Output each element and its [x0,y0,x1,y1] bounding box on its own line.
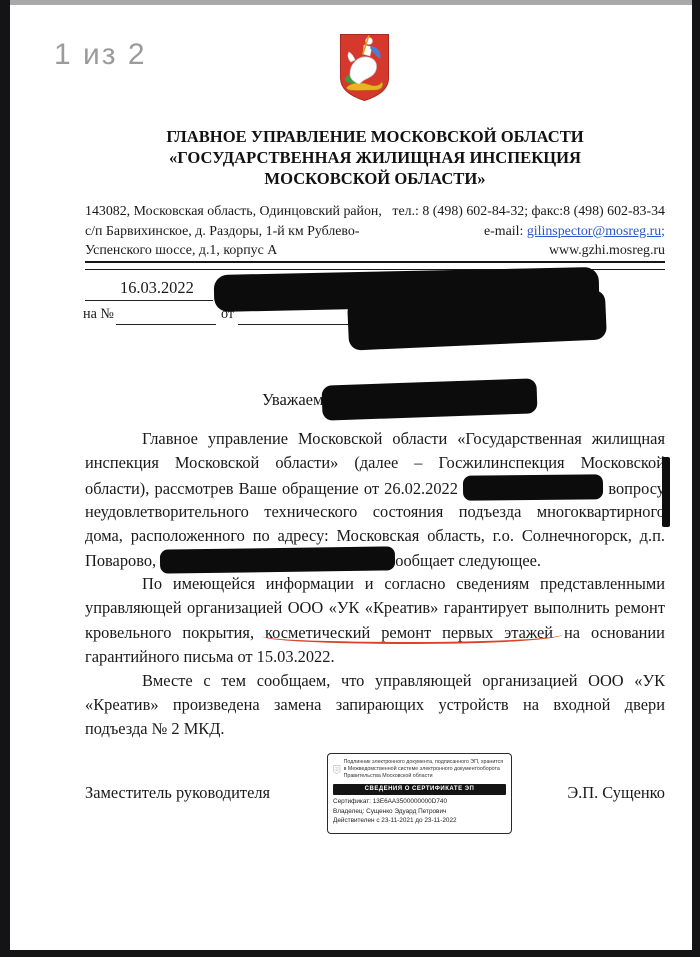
postal-address: 143082, Московская область, Одинцовский … [85,202,387,261]
org-line: МОСКОВСКОЙ ОБЛАСТИ» [85,168,665,189]
organization-name: ГЛАВНОЕ УПРАВЛЕНИЕ МОСКОВСКОЙ ОБЛАСТИ «Г… [85,126,665,189]
text-fragment: ообщает следующее. [395,551,541,570]
body-line: кровельного покрытия, косметический ремо… [85,621,665,645]
stamp-header: Подлинник электронного документа, подпис… [333,758,506,781]
body-line: гарантийного письма от 15.03.2022. [85,645,665,669]
redaction-mark [321,378,537,420]
redaction-mark [463,475,603,501]
red-underlined-phrase: косметический ремонт первых этажей [265,623,553,642]
body-line: неудовлетворительного технического состо… [85,500,665,524]
body-line: инспекция Московской области» (далее – Г… [85,451,665,475]
text-fragment: кровельного покрытия, [85,623,254,642]
body-line: области), рассмотрев Ваше обращение от 2… [85,475,665,499]
page-counter: 1 из 2 [54,38,147,72]
redaction-mark [160,546,395,573]
document-page: 1 из 2 ГЛАВНОЕ УПРАВЛЕНИЕ МОСКОВСКОЙ ОБЛ… [10,5,692,950]
reference-na-underline [116,324,216,325]
email-line: e-mail: gilinspector@mosreg.ru; [360,222,665,242]
certificate-validity: Действителен с 23-11-2021 до 23-11-2022 [333,816,506,826]
body-line: Поварово, ообщает следующее. [85,548,665,572]
text-fragment: области), рассмотрев Ваше обращение от 2… [85,479,458,498]
body-line: подъезда № 2 МКД. [85,717,665,741]
reference-na-label: на № [83,306,114,323]
body-line: «Креатив» произведена замена запирающих … [85,693,665,717]
website: www.gzhi.mosreg.ru [360,241,665,261]
viewer-screen: 1 из 2 ГЛАВНОЕ УПРАВЛЕНИЕ МОСКОВСКОЙ ОБЛ… [0,0,700,957]
date-underline [85,300,213,301]
text-fragment: на основании [564,623,665,642]
redaction-mark [347,289,607,350]
text-fragment: вопросу [608,479,665,498]
electronic-signature-stamp: Подлинник электронного документа, подпис… [327,753,512,834]
stamp-emblem-icon [333,758,341,781]
certificate-owner: Владелец: Сущенко Эдуард Петрович [333,807,506,817]
scan-artifact-mark [662,457,670,527]
letter-date: 16.03.2022 [120,278,194,298]
text-fragment: Поварово, [85,551,156,570]
contact-block: тел.: 8 (498) 602-84-32; факс:8 (498) 60… [360,202,665,261]
body-line: Вместе с тем сообщаем, что управляющей о… [85,669,665,693]
email-link[interactable]: gilinspector@mosreg.ru; [527,224,665,239]
moscow-oblast-emblem-icon [338,32,391,103]
letter-body: Главное управление Московской области «Г… [85,427,665,741]
body-line: управляющей организацией ООО «УК «Креати… [85,596,665,620]
stamp-header-text: Подлинник электронного документа, подпис… [344,759,506,779]
signature-title: Заместитель руководителя [85,783,270,803]
body-line: дома, расположенного по адресу: Московск… [85,524,665,548]
org-line: ГЛАВНОЕ УПРАВЛЕНИЕ МОСКОВСКОЙ ОБЛАСТИ [85,126,665,147]
email-label: e-mail: [484,224,523,239]
body-line: Главное управление Московской области «Г… [85,427,665,451]
phone-fax: тел.: 8 (498) 602-84-32; факс:8 (498) 60… [360,202,665,222]
certificate-number: Сертификат: 13E6AA3500000000D740 [333,797,506,807]
body-line: По имеющейся информации и согласно сведе… [85,572,665,596]
certificate-details: Сертификат: 13E6AA3500000000D740 Владеле… [333,797,506,826]
certificate-info-bar: СВЕДЕНИЯ О СЕРТИФИКАТЕ ЭП [333,784,506,795]
org-line: «ГОСУДАРСТВЕННАЯ ЖИЛИЩНАЯ ИНСПЕКЦИЯ [85,147,665,168]
